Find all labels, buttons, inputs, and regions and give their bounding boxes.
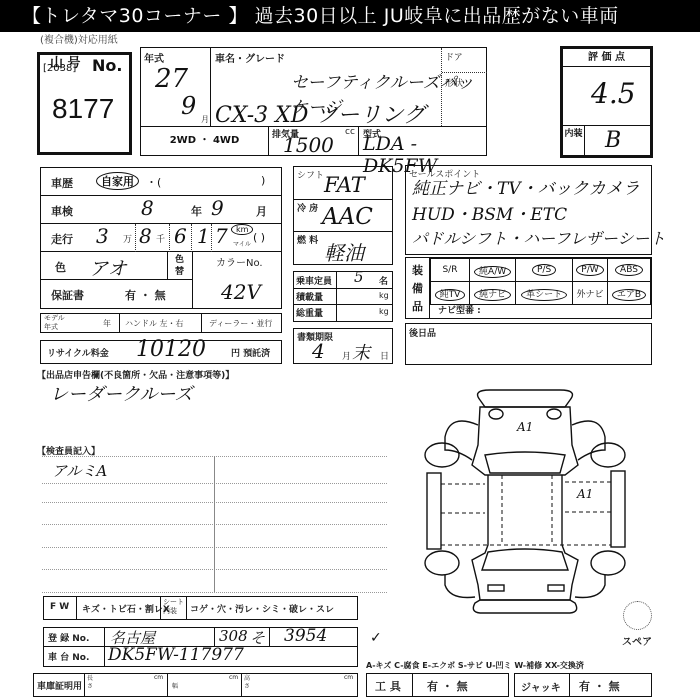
lot-number: 8177 xyxy=(52,93,114,125)
mileage-unit-km: km xyxy=(231,224,253,235)
equipment-block: 装備品 S/R純A/WP/SP/WABS純TV純ナビ革シート外ナビエアB ナビ型… xyxy=(405,257,652,319)
equipment-item-circled: ABS xyxy=(615,264,643,276)
tools-options: 有 ・ 無 xyxy=(427,678,468,694)
venue: 山 号 xyxy=(50,52,81,71)
history-close: ) xyxy=(261,174,265,187)
score-label: 評 価 点 xyxy=(588,52,625,63)
drive-row: 2WD ・ 4WD 排気量 cc 1500 型式 LDA -DK5FW xyxy=(140,126,487,156)
plate-label: 登 録 No. xyxy=(48,631,89,644)
details-block: 車歴 自家用 ・( ) 車検 8 年 9 月 走行 3 万 8 千 6 1 7 … xyxy=(40,167,282,309)
equipment-item-circled: エアB xyxy=(612,289,646,301)
plate-number: 3954 xyxy=(284,626,327,646)
mileage-sen-unit: 千 xyxy=(156,232,165,245)
equipment-item-circled: 純ナビ xyxy=(474,289,511,301)
history-rest: ・( xyxy=(146,174,161,190)
interior-label: 内装 xyxy=(564,129,582,139)
inspector-text: アルミA xyxy=(52,460,107,481)
color-code-value: 42V xyxy=(221,280,261,304)
mileage-sen: 8 xyxy=(139,224,152,248)
check-mark: ✓ xyxy=(370,630,382,646)
garage-cm-3: cm xyxy=(344,674,353,681)
door-label: ドア xyxy=(445,50,463,63)
equipment-item: 外ナビ xyxy=(572,282,607,305)
model-year-row: モデル年式 年 ハンドル 左・右 ディーラー・並行 xyxy=(40,313,282,333)
spare-tire-icon xyxy=(623,601,652,630)
garage-cm-2: cm xyxy=(229,674,238,681)
inspection-year-unit: 年 xyxy=(191,203,202,219)
car-info-block: 年式 27 9 月 車名・グレード セーフティクルーズパッケージ CX-3 XD… xyxy=(140,47,487,127)
interior-value: B xyxy=(605,128,621,153)
docs-block: 書類期限 4 月 末 日 xyxy=(293,328,393,364)
capacity-label: 乗車定員 xyxy=(296,274,332,287)
later-label: 後日品 xyxy=(409,326,436,339)
shape-label: 形状 xyxy=(445,76,463,89)
plate-class: 308 xyxy=(219,627,248,645)
capacity-block: 乗車定員 5 名 積載量 kg 総重量 kg xyxy=(293,271,393,322)
spare-label: スペア xyxy=(622,633,652,648)
fw-row: F W キズ・トビ石・割レX シート内装 コゲ・穴・汚レ・シミ・破レ・スレ xyxy=(43,596,358,620)
garage-cm-1: cm xyxy=(154,674,163,681)
equipment-item: P/W xyxy=(572,259,607,282)
mileage-paren: ( ) xyxy=(253,231,265,244)
sales-line-1: 純正ナビ・TV・バックカメラ xyxy=(412,174,640,199)
warranty-options: 有 ・ 無 xyxy=(125,287,166,303)
inspection-year: 8 xyxy=(141,196,154,220)
load-label: 積載量 xyxy=(296,290,323,303)
mileage-d3: 7 xyxy=(215,224,228,248)
equipment-item-circled: P/W xyxy=(576,264,603,276)
lot-box: [2038] 山 号 No. 8177 xyxy=(37,52,132,155)
shift-value: FAT xyxy=(324,173,365,197)
ac-value: AAC xyxy=(322,204,373,230)
shift-label: シフト xyxy=(297,168,324,181)
inspection-month: 9 xyxy=(211,196,224,220)
tools-label: 工 具 xyxy=(375,678,401,694)
mileage-man-unit: 万 xyxy=(123,232,132,245)
fuel-label: 燃 料 xyxy=(297,233,318,246)
later-items-block: 後日品 xyxy=(405,323,652,365)
garage-height: 高さ xyxy=(244,675,252,691)
model-year-label: モデル年式 xyxy=(44,314,68,332)
capacity-value: 5 xyxy=(354,268,364,286)
fuel-value: 軽油 xyxy=(324,237,364,266)
jack-label: ジャッキ xyxy=(521,679,561,694)
tools-row: 工 具 有 ・ 無 xyxy=(366,673,509,697)
docs-day-unit: 日 xyxy=(380,349,389,362)
equipment-item: 革シート xyxy=(516,282,573,305)
handle-options: ハンドル 左・右 xyxy=(125,318,184,329)
capacity-unit: 名 xyxy=(379,274,388,287)
gross-label: 総重量 xyxy=(296,306,323,319)
fw-items: キズ・トビ石・割レX xyxy=(82,602,170,615)
garage-length: 長さ xyxy=(87,675,95,691)
equipment-item-circled: 革シート xyxy=(521,289,567,301)
sales-line-3: パドルシフト・ハーフレザーシート xyxy=(412,226,666,249)
equipment-item: S/R xyxy=(431,259,470,282)
displacement-unit: cc xyxy=(345,127,355,137)
no-label: No. xyxy=(92,56,122,75)
ac-label: 冷 房 xyxy=(297,201,318,214)
mileage-man: 3 xyxy=(96,224,109,248)
score-value: 4.5 xyxy=(591,77,636,110)
jack-row: ジャッキ 有 ・ 無 xyxy=(514,673,652,697)
year-value: 27 xyxy=(155,64,188,94)
equipment-item-circled: P/S xyxy=(532,264,556,276)
equipment-item: 純A/W xyxy=(469,259,515,282)
sales-line-2: HUD・BSM・ETC xyxy=(412,200,567,225)
equipment-item-circled: 純TV xyxy=(435,289,466,301)
displacement-value: 1500 xyxy=(283,133,334,157)
chassis-value: DK5FW-117977 xyxy=(108,645,244,665)
car-name-label: 車名・グレード xyxy=(215,50,285,65)
recycle-row: リサイクル料金 10120 円 預託済 xyxy=(40,340,282,364)
shift-ac-fuel-block: シフト FAT 冷 房 AAC 燃 料 軽油 xyxy=(293,166,393,265)
docs-month-unit: 月 xyxy=(342,349,351,362)
plate-kana: そ xyxy=(250,627,265,648)
model-year-unit: 年 xyxy=(103,318,111,329)
color-value: アオ xyxy=(89,254,127,281)
sales-points-block: セールスポイント 純正ナビ・TV・バックカメラ HUD・BSM・ETC パドルシ… xyxy=(405,165,652,255)
equipment-item: 純ナビ xyxy=(469,282,515,305)
drive-type: 2WD ・ 4WD xyxy=(170,135,240,146)
garage-label: 車庫証明用 xyxy=(37,679,82,692)
year-month: 9 xyxy=(181,92,196,120)
color-code-label: カラーNo. xyxy=(216,254,263,269)
seat-label: シート内装 xyxy=(163,598,187,616)
recycle-value: 10120 xyxy=(136,337,206,362)
garage-width: 幅 xyxy=(172,681,178,690)
fw-label: F W xyxy=(50,602,69,612)
equipment-item-circled: 純A/W xyxy=(474,266,511,278)
side-damage-note: A1 xyxy=(577,487,593,501)
chassis-label: 車 台 No. xyxy=(48,650,89,663)
color-label: 色 xyxy=(55,259,66,275)
color-change-label: 色替 xyxy=(175,255,184,277)
history-label: 車歴 xyxy=(51,175,73,191)
gross-unit: kg xyxy=(379,307,389,316)
equipment-item: P/S xyxy=(516,259,573,282)
inspection-month-unit: 月 xyxy=(256,203,267,219)
docs-month: 4 xyxy=(312,339,325,363)
mileage-mile: マイル xyxy=(233,239,251,248)
jack-options: 有 ・ 無 xyxy=(579,678,620,694)
inspection-label: 車検 xyxy=(51,203,73,219)
seat-items: コゲ・穴・汚レ・シミ・破レ・スレ xyxy=(190,602,334,615)
mileage-label: 走行 xyxy=(51,231,73,247)
month-unit: 月 xyxy=(201,114,209,125)
recycle-label: リサイクル料金 xyxy=(47,346,109,359)
equipment-item: ABS xyxy=(608,259,651,282)
equipment-item-label: 外ナビ xyxy=(576,290,603,300)
subtitle: (複合機)対応用紙 xyxy=(40,31,118,46)
equipment-item: エアB xyxy=(608,282,651,305)
banner: 【トレタマ30コーナー 】 過去30日以上 JU岐阜に出品歴がない車両 xyxy=(0,0,700,32)
mileage-d2: 1 xyxy=(197,224,210,248)
load-unit: kg xyxy=(379,291,389,300)
recycle-unit: 円 預託済 xyxy=(231,346,270,359)
garage-row: 車庫証明用 長さ cm 幅 cm 高さ cm xyxy=(33,673,358,697)
year-label: 年式 xyxy=(144,50,164,65)
equipment-item: 純TV xyxy=(431,282,470,305)
damage-legend: A-キズ C-腐食 E-エクボ S-サビ U-凹ミ W-補修 XX-交換済 xyxy=(366,660,584,671)
docs-day: 末 xyxy=(352,339,370,365)
score-box: 評 価 点 4.5 内装 B xyxy=(560,46,653,158)
car-name: CX-3 XD ツーリング xyxy=(215,98,425,129)
seller-notes-text: レーダークルーズ xyxy=(50,380,193,406)
navi-model-label: ナビ型番 : xyxy=(438,303,481,316)
equipment-item-label: S/R xyxy=(442,265,457,275)
mileage-d1: 6 xyxy=(174,224,187,248)
warranty-label: 保証書 xyxy=(51,287,84,303)
history-circled: 自家用 xyxy=(96,172,139,190)
plate-chassis-block: 登 録 No. 名古屋 308 そ 3954 車 台 No. DK5FW-117… xyxy=(43,627,358,667)
front-damage-note: A1 xyxy=(517,420,533,434)
dealer-options: ディーラー・並行 xyxy=(209,318,272,329)
equipment-label: 装備品 xyxy=(412,264,423,313)
